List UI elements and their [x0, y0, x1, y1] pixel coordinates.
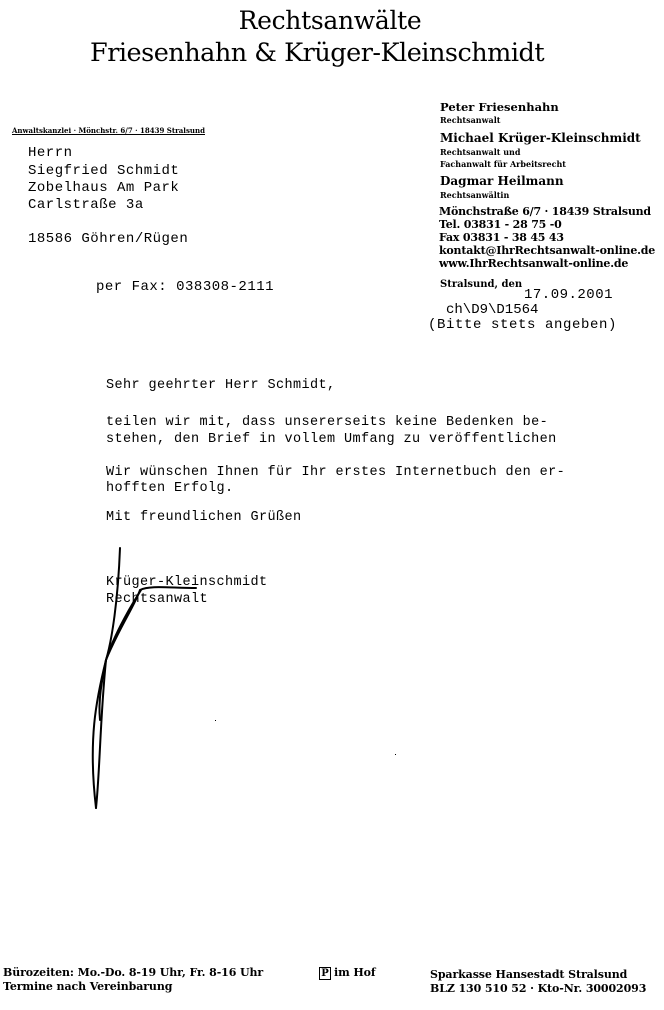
- signatory-name: Krüger-Kleinschmidt: [106, 575, 268, 590]
- letter-date: 17.09.2001: [524, 287, 613, 303]
- lawyer-title: Fachanwalt für Arbeitsrecht: [440, 159, 566, 169]
- fax-number-line: per Fax: 038308-2111: [96, 279, 274, 295]
- recipient-salutation: Herrn: [28, 145, 73, 161]
- signatory-role: Rechtsanwalt: [106, 592, 208, 607]
- scan-speck: [395, 754, 396, 755]
- letterhead-title: Rechtsanwälte: [0, 6, 664, 35]
- recipient-building: Zobelhaus Am Park: [28, 180, 179, 196]
- appointments-note: Termine nach Vereinbarung: [3, 980, 172, 993]
- scan-speck: [215, 720, 216, 721]
- parking-icon: P: [319, 967, 331, 980]
- handwritten-signature: [0, 0, 664, 1010]
- body-line: Wir wünschen Ihnen für Ihr erstes Intern…: [106, 465, 565, 480]
- body-line: teilen wir mit, dass unsererseits keine …: [106, 415, 548, 430]
- lawyer-title: Rechtsanwalt und: [440, 147, 520, 157]
- sender-return-address: Anwaltskanzlei · Mönchstr. 6/7 · 18439 S…: [12, 126, 205, 135]
- bank-name: Sparkasse Hansestadt Stralsund: [430, 968, 627, 981]
- lawyer-name: Dagmar Heilmann: [440, 174, 564, 188]
- parking-info: Pim Hof: [319, 966, 376, 980]
- firm-phone: Tel. 03831 - 28 75 -0: [439, 218, 562, 231]
- lawyer-title: Rechtsanwalt: [440, 115, 500, 125]
- firm-address: Mönchstraße 6/7 · 18439 Stralsund: [439, 205, 651, 218]
- recipient-city: 18586 Göhren/Rügen: [28, 231, 188, 247]
- reference-note: (Bitte stets angeben): [428, 317, 617, 333]
- firm-email: kontakt@IhrRechtsanwalt-online.de: [439, 244, 655, 257]
- body-line: hofften Erfolg.: [106, 481, 234, 496]
- lawyer-title: Rechtsanwältin: [440, 190, 509, 200]
- firm-fax: Fax 03831 - 38 45 43: [439, 231, 564, 244]
- letterhead-firm-name: Friesenhahn & Krüger-Kleinschmidt: [90, 38, 544, 68]
- recipient-street: Carlstraße 3a: [28, 197, 144, 213]
- parking-text: im Hof: [334, 966, 376, 979]
- letter-closing: Mit freundlichen Grüßen: [106, 510, 302, 525]
- reference-number: ch\D9\D1564: [446, 302, 538, 318]
- recipient-name: Siegfried Schmidt: [28, 163, 179, 179]
- letter-greeting: Sehr geehrter Herr Schmidt,: [106, 378, 336, 393]
- lawyer-name: Peter Friesenhahn: [440, 100, 559, 114]
- place-label: Stralsund, den: [440, 279, 522, 290]
- office-hours: Bürozeiten: Mo.-Do. 8-19 Uhr, Fr. 8-16 U…: [3, 966, 263, 979]
- lawyer-name: Michael Krüger-Kleinschmidt: [440, 131, 641, 145]
- firm-website: www.IhrRechtsanwalt-online.de: [439, 257, 628, 270]
- bank-details: BLZ 130 510 52 · Kto-Nr. 30002093: [430, 982, 646, 995]
- body-line: stehen, den Brief in vollem Umfang zu ve…: [106, 432, 557, 447]
